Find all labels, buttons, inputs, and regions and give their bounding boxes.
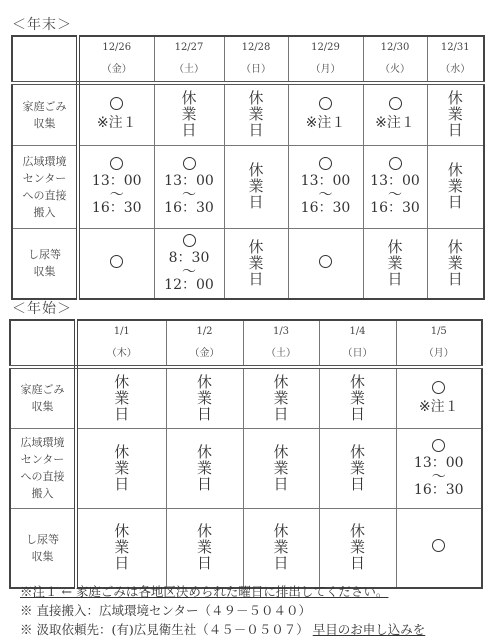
open-circle-icon xyxy=(80,255,154,272)
row-label: 広域環境センターへの直接搬入 xyxy=(10,428,76,508)
note-reference: ※注１ xyxy=(397,398,482,416)
weekday-label: （土） xyxy=(155,59,224,81)
weekday-label: （金） xyxy=(167,343,243,365)
date-label: 12/29 xyxy=(289,37,363,59)
weekday-label: （水） xyxy=(428,59,484,81)
year-end-title: ＜年末＞ xyxy=(12,14,72,34)
open-circle-icon xyxy=(397,539,482,556)
weekday-label: （日） xyxy=(225,59,288,81)
circle-glyph xyxy=(389,157,402,170)
schedule-cell: 休業日 xyxy=(224,145,288,228)
date-label: 1/1 xyxy=(78,321,166,343)
schedule-cell: 休業日 xyxy=(76,428,166,508)
date-header: 1/5（月） xyxy=(396,320,482,367)
note-reference: ※注１ xyxy=(80,114,154,132)
circle-glyph xyxy=(319,157,332,170)
date-label: 12/30 xyxy=(364,37,427,59)
date-header: 1/4（日） xyxy=(319,320,396,367)
date-label: 1/5 xyxy=(397,321,482,343)
year-end-table: 12/26（金） 12/27（土） 12/28（日） 12/29（月） 12/3… xyxy=(11,35,485,300)
label-line: 広域環境 xyxy=(11,434,74,451)
schedule-cell: 休業日 xyxy=(243,428,319,508)
date-header: 12/29（月） xyxy=(288,36,363,83)
new-year-table: 1/1（木） 1/2（金） 1/3（土） 1/4（日） 1/5（月） 家庭ごみ収… xyxy=(9,319,483,589)
date-header: 1/1（木） xyxy=(76,320,166,367)
holiday-label: 休業日 xyxy=(114,374,130,422)
schedule-cell: 休業日 xyxy=(363,228,427,299)
label-line: 収集 xyxy=(13,263,76,280)
open-circle-icon xyxy=(397,439,482,456)
circle-glyph xyxy=(319,255,332,268)
label-line: 収集 xyxy=(11,548,74,565)
circle-glyph xyxy=(432,381,445,394)
date-header: 12/28（日） xyxy=(224,36,288,83)
end-time: 16：30 xyxy=(155,201,224,216)
corner-cell xyxy=(10,320,76,367)
row-label: し尿等収集 xyxy=(12,228,78,299)
weekday-label: （金） xyxy=(80,59,154,81)
row-household-garbage: 家庭ごみ収集 休業日 休業日 休業日 休業日 ※注１ xyxy=(10,367,482,428)
row-label: し尿等収集 xyxy=(10,508,76,588)
holiday-label: 休業日 xyxy=(248,90,264,138)
row-label: 家庭ごみ収集 xyxy=(10,367,76,428)
row-night-soil: し尿等収集 8：30～12：00 休業日 休業日 休業日 xyxy=(12,228,484,299)
open-circle-icon xyxy=(289,157,363,174)
row-night-soil: し尿等収集 休業日 休業日 休業日 休業日 xyxy=(10,508,482,588)
schedule-cell: ※注１ xyxy=(363,83,427,145)
schedule-cell: 休業日 xyxy=(319,428,396,508)
schedule-cell: 休業日 xyxy=(319,367,396,428)
row-household-garbage: 家庭ごみ収集 ※注１ 休業日 休業日 ※注１ ※注１ 休業日 xyxy=(12,83,484,145)
label-line: し尿等 xyxy=(11,531,74,548)
label-line: への直接 xyxy=(11,468,74,485)
holiday-label: 休業日 xyxy=(114,523,130,571)
range-tilde: ～ xyxy=(155,266,224,278)
date-header: 12/27（土） xyxy=(154,36,224,83)
weekday-label: （日） xyxy=(320,343,396,365)
end-time: 16：30 xyxy=(289,201,363,216)
label-line: 搬入 xyxy=(13,204,76,221)
holiday-label: 休業日 xyxy=(114,444,130,492)
open-circle-icon xyxy=(80,157,154,174)
holiday-label: 休業日 xyxy=(197,444,213,492)
end-time: 16：30 xyxy=(397,483,482,498)
date-label: 1/4 xyxy=(320,321,396,343)
weekday-label: （木） xyxy=(78,343,166,365)
date-header: 1/2（金） xyxy=(166,320,243,367)
open-circle-icon xyxy=(155,234,224,251)
weekday-label: （火） xyxy=(364,59,427,81)
schedule-cell: 休業日 xyxy=(166,428,243,508)
schedule-cell: 13：00～16：30 xyxy=(363,145,427,228)
open-circle-icon xyxy=(364,97,427,114)
schedule-cell: 休業日 xyxy=(427,145,484,228)
open-circle-icon xyxy=(364,157,427,174)
date-header: 1/3（土） xyxy=(243,320,319,367)
schedule-cell: 休業日 xyxy=(427,228,484,299)
schedule-cell: 休業日 xyxy=(243,367,319,428)
date-label: 12/31 xyxy=(428,37,484,59)
schedule-cell xyxy=(78,228,154,299)
note-1: ※注１ ← 家庭ごみは各地区決められた曜日に排出してください。 xyxy=(20,582,388,600)
holiday-label: 休業日 xyxy=(273,374,289,422)
holiday-label: 休業日 xyxy=(273,444,289,492)
label-line: 家庭ごみ xyxy=(11,381,74,398)
weekday-label: （月） xyxy=(289,59,363,81)
date-header: 12/30（火） xyxy=(363,36,427,83)
circle-glyph xyxy=(110,157,123,170)
circle-glyph xyxy=(183,157,196,170)
year-end-header-row: 12/26（金） 12/27（土） 12/28（日） 12/29（月） 12/3… xyxy=(12,36,484,83)
date-label: 12/27 xyxy=(155,37,224,59)
schedule-cell: 休業日 xyxy=(319,508,396,588)
holiday-label: 休業日 xyxy=(350,523,366,571)
schedule-cell: ※注１ xyxy=(78,83,154,145)
note-reference: ※注１ xyxy=(289,114,363,132)
note-reference: ※注１ xyxy=(364,114,427,132)
holiday-label: 休業日 xyxy=(248,239,264,287)
label-line: 搬入 xyxy=(11,485,74,502)
holiday-label: 休業日 xyxy=(350,444,366,492)
new-year-title: ＜年始＞ xyxy=(12,298,72,318)
open-circle-icon xyxy=(289,255,363,272)
direct-delivery-contact: ※ 直接搬入：広域環境センター（４９－５０４０） xyxy=(20,601,311,619)
collector-contact: ※ 汲取依頼先：(有)広見衛生社（４５－０５０７） 早目のお申し込みを xyxy=(20,620,425,638)
holiday-label: 休業日 xyxy=(248,162,264,210)
date-header: 12/31（水） xyxy=(427,36,484,83)
date-label: 1/3 xyxy=(244,321,319,343)
open-circle-icon xyxy=(397,381,482,398)
holiday-label: 休業日 xyxy=(273,523,289,571)
open-circle-icon xyxy=(155,157,224,174)
date-label: 12/28 xyxy=(225,37,288,59)
holiday-label: 休業日 xyxy=(447,239,463,287)
label-line: 収集 xyxy=(13,115,76,132)
holiday-label: 休業日 xyxy=(197,523,213,571)
circle-glyph xyxy=(319,97,332,110)
early-request-note: 早目のお申し込みを xyxy=(313,622,426,637)
end-time: 16：30 xyxy=(80,201,154,216)
row-direct-delivery: 広域環境センターへの直接搬入 13：00～16：30 13：00～16：30 休… xyxy=(12,145,484,228)
date-label: 1/2 xyxy=(167,321,243,343)
schedule-cell: 13：00～16：30 xyxy=(78,145,154,228)
end-time: 12：00 xyxy=(155,278,224,293)
label-line: 家庭ごみ xyxy=(13,98,76,115)
circle-glyph xyxy=(110,97,123,110)
weekday-label: （月） xyxy=(397,343,482,365)
holiday-label: 休業日 xyxy=(447,90,463,138)
schedule-cell: 休業日 xyxy=(243,508,319,588)
schedule-cell: ※注１ xyxy=(288,83,363,145)
range-tilde: ～ xyxy=(397,471,482,483)
corner-cell xyxy=(12,36,78,83)
weekday-label: （土） xyxy=(244,343,319,365)
schedule-cell: 13：00～16：30 xyxy=(288,145,363,228)
label-line: への直接 xyxy=(13,187,76,204)
label-line: 広域環境 xyxy=(13,153,76,170)
holiday-label: 休業日 xyxy=(181,90,197,138)
end-time: 16：30 xyxy=(364,201,427,216)
holiday-label: 休業日 xyxy=(387,239,403,287)
schedule-cell: 休業日 xyxy=(76,367,166,428)
schedule-cell: 13：00～16：30 xyxy=(396,428,482,508)
schedule-cell: 休業日 xyxy=(166,508,243,588)
label-line: センター xyxy=(11,451,74,468)
row-direct-delivery: 広域環境センターへの直接搬入 休業日 休業日 休業日 休業日 13：00～16：… xyxy=(10,428,482,508)
schedule-cell: 休業日 xyxy=(427,83,484,145)
holiday-label: 休業日 xyxy=(350,374,366,422)
schedule-cell: 8：30～12：00 xyxy=(154,228,224,299)
date-label: 12/26 xyxy=(80,37,154,59)
schedule-cell: 13：00～16：30 xyxy=(154,145,224,228)
schedule-cell: ※注１ xyxy=(396,367,482,428)
schedule-cell: 休業日 xyxy=(224,83,288,145)
holiday-label: 休業日 xyxy=(447,162,463,210)
row-label: 家庭ごみ収集 xyxy=(12,83,78,145)
schedule-cell: 休業日 xyxy=(76,508,166,588)
schedule-cell: 休業日 xyxy=(224,228,288,299)
open-circle-icon xyxy=(80,97,154,114)
schedule-cell: 休業日 xyxy=(154,83,224,145)
open-circle-icon xyxy=(289,97,363,114)
label-line: し尿等 xyxy=(13,246,76,263)
schedule-cell xyxy=(288,228,363,299)
collector-contact-text: ※ 汲取依頼先：(有)広見衛生社（４５－０５０７） xyxy=(20,622,309,637)
date-header: 12/26（金） xyxy=(78,36,154,83)
circle-glyph xyxy=(110,255,123,268)
circle-glyph xyxy=(183,234,196,247)
label-line: センター xyxy=(13,170,76,187)
schedule-cell xyxy=(396,508,482,588)
row-label: 広域環境センターへの直接搬入 xyxy=(12,145,78,228)
circle-glyph xyxy=(432,439,445,452)
circle-glyph xyxy=(389,97,402,110)
holiday-label: 休業日 xyxy=(197,374,213,422)
schedule-cell: 休業日 xyxy=(166,367,243,428)
circle-glyph xyxy=(432,539,445,552)
new-year-header-row: 1/1（木） 1/2（金） 1/3（土） 1/4（日） 1/5（月） xyxy=(10,320,482,367)
label-line: 収集 xyxy=(11,398,74,415)
